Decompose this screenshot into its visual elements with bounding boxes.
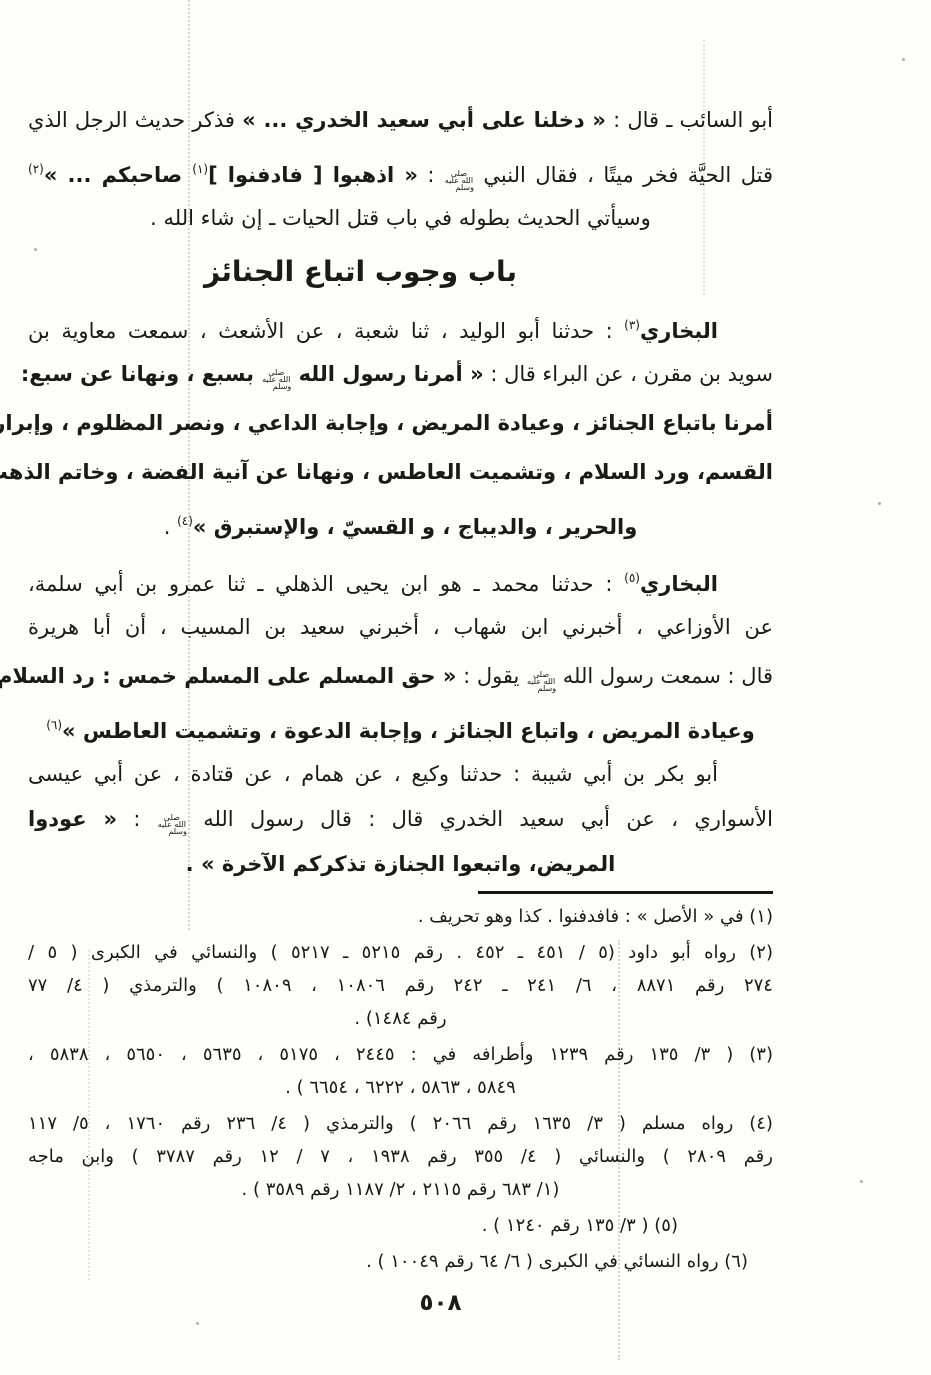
text-line: قتل الحيَّة فخر ميتًا ، فقال النبي صلى ا… — [28, 145, 773, 194]
text-run: ٢٧٤ رقم ٨٨٧١ ، ٦/ ٢٤١ ـ ٢٤٢ رقم ١٠٨٠٦ ، … — [28, 975, 773, 996]
footnote-ref: (٦) — [46, 718, 62, 732]
footnote-1: (١) في « الأصل » : فافدفنوا . كذا وهو تح… — [28, 900, 773, 933]
text-run: (٢) رواه أبو داود (٥ / ٤٥١ ـ ٤٥٢ . رقم ٥… — [28, 942, 773, 963]
text-run: أمرنا باتباع الجنائز ، وعيادة المريض ، و… — [0, 411, 773, 435]
text-line: (٢) رواه أبو داود (٥ / ٤٥١ ـ ٤٥٢ . رقم ٥… — [28, 936, 773, 969]
text-run: أبو بكر بن أبي شيبة : حدثنا وكيع ، عن هم… — [28, 762, 718, 786]
footnote-2: (٢) رواه أبو داود (٥ / ٤٥١ ـ ٤٥٢ . رقم ٥… — [28, 936, 773, 1035]
text-run: (١/ ٦٨٣ رقم ٢١١٥ ، ٢/ ١١٨٧ رقم ٣٥٨٩ ) . — [242, 1179, 560, 1200]
text-run: وعيادة المريض ، واتباع الجنائز ، وإجابة … — [62, 719, 755, 743]
footnote-ref: (٣) — [624, 318, 640, 332]
text-run: : حدثنا محمد ـ هو ابن يحيى الذهلي ـ ثنا … — [28, 572, 624, 596]
text-line: قال : سمعت رسول الله صلى الله عليه وسلم … — [28, 652, 773, 701]
text-line: (٦) رواه النسائي في الكبرى ( ٦/ ٦٤ رقم ١… — [28, 1245, 773, 1278]
footnote-4: (٤) رواه مسلم ( ٣/ ١٦٣٥ رقم ٢٠٦٦ ) والتر… — [28, 1107, 773, 1206]
text-run: ٥٨٤٩ ، ٥٨٦٣ ، ٦٢٢٢ ، ٦٦٥٤ ) . — [285, 1077, 516, 1098]
text-line: وعيادة المريض ، واتباع الجنائز ، وإجابة … — [28, 701, 773, 750]
text-run: (٦) رواه النسائي في الكبرى ( ٦/ ٦٤ رقم ١… — [366, 1251, 748, 1272]
text-run: . — [164, 515, 177, 539]
text-line: (٤) رواه مسلم ( ٣/ ١٦٣٥ رقم ٢٠٦٦ ) والتر… — [28, 1107, 773, 1140]
text-run: البخاري — [640, 319, 718, 343]
text-run: : — [117, 807, 157, 831]
text-line: رقم ٢٨٠٩ ) والنسائي ( ٤/ ٣٥٥ رقم ١٩٣٨ ، … — [28, 1140, 773, 1173]
text-line: البخاري(٥) : حدثنا محمد ـ هو ابن يحيى ال… — [28, 554, 773, 603]
text-run: (٣) ( ٣/ ١٣٥ رقم ١٢٣٩ وأطرافه في : ٢٤٤٥ … — [28, 1044, 773, 1065]
text-run: سويد بن مقرن ، عن البراء قال : — [484, 362, 773, 386]
text-run: عن الأوزاعي ، أخبرني ابن شهاب ، أخبرني س… — [28, 615, 773, 639]
text-run: « أمرنا رسول الله — [291, 362, 483, 386]
text-run: رقم ١٤٨٤) . — [354, 1008, 446, 1029]
pbuh-honorific: صلى الله عليه وسلم — [526, 671, 556, 692]
text-run: الأسواري ، عن أبي سعيد الخدري قال : قال … — [187, 807, 773, 831]
text-line: ٢٧٤ رقم ٨٨٧١ ، ٦/ ٢٤١ ـ ٢٤٢ رقم ١٠٨٠٦ ، … — [28, 969, 773, 1002]
text-run: « اذهبوا [ فادفنوا ] — [208, 163, 418, 187]
pbuh-honorific: صلى الله عليه وسلم — [261, 369, 291, 390]
book-page: أبو السائب ـ قال : « دخلنا على أبي سعيد … — [0, 0, 931, 1375]
scan-artifact — [878, 502, 881, 505]
text-line: والحرير ، والديباج ، و القسيّ ، والإستبر… — [28, 497, 773, 546]
footnote-5: (٥) ( ٣/ ١٣٥ رقم ١٢٤٠ ) . — [28, 1209, 773, 1242]
text-line: (١/ ٦٨٣ رقم ٢١١٥ ، ٢/ ١١٨٧ رقم ٣٥٨٩ ) . — [28, 1173, 773, 1206]
text-line: رقم ١٤٨٤) . — [28, 1002, 773, 1035]
text-run: المريض، واتبعوا الجنازة تذكركم الآخرة » … — [186, 852, 616, 876]
page-number: ٥٠٨ — [0, 1285, 906, 1321]
chapter-heading: باب وجوب اتباع الجنائز — [0, 243, 733, 301]
text-run: البخاري — [640, 572, 718, 596]
text-line: ٥٨٤٩ ، ٥٨٦٣ ، ٦٢٢٢ ، ٦٦٥٤ ) . — [28, 1071, 773, 1104]
text-line: أمرنا باتباع الجنائز ، وعيادة المريض ، و… — [28, 399, 773, 448]
footnote-6: (٦) رواه النسائي في الكبرى ( ٦/ ٦٤ رقم ١… — [28, 1245, 773, 1278]
text-run: فذكر حديث الرجل الذي — [28, 108, 242, 132]
text-run: قال : سمعت رسول الله — [556, 664, 773, 688]
footnote-3: (٣) ( ٣/ ١٣٥ رقم ١٢٣٩ وأطرافه في : ٢٤٤٥ … — [28, 1038, 773, 1104]
paragraph-bukhari-1: البخاري(٣) : حدثنا أبو الوليد ، ثنا شعبة… — [28, 301, 773, 546]
text-run: « حق المسلم على المسلم خمس : رد السلام، — [0, 664, 456, 688]
footnote-ref: (١) — [192, 162, 208, 176]
paragraph-continuation: أبو السائب ـ قال : « دخلنا على أبي سعيد … — [28, 96, 773, 243]
paragraph-ibn-abi-shayba: أبو بكر بن أبي شيبة : حدثنا وكيع ، عن هم… — [28, 752, 773, 887]
text-line: (٣) ( ٣/ ١٣٥ رقم ١٢٣٩ وأطرافه في : ٢٤٤٥ … — [28, 1038, 773, 1071]
text-run: والحرير ، والديباج ، و القسيّ ، والإستبر… — [193, 515, 637, 539]
text-line: أبو السائب ـ قال : « دخلنا على أبي سعيد … — [28, 96, 773, 145]
text-run: القسم، ورد السلام ، وتشميت العاطس ، ونها… — [0, 460, 773, 484]
text-run: رقم ٢٨٠٩ ) والنسائي ( ٤/ ٣٥٥ رقم ١٩٣٨ ، … — [28, 1146, 773, 1167]
pbuh-honorific: صلى الله عليه وسلم — [157, 814, 187, 835]
footnote-ref: (٤) — [177, 514, 193, 528]
text-line: أبو بكر بن أبي شيبة : حدثنا وكيع ، عن هم… — [28, 752, 773, 797]
paragraph-bukhari-2: البخاري(٥) : حدثنا محمد ـ هو ابن يحيى ال… — [28, 554, 773, 750]
scan-artifact — [902, 58, 905, 61]
text-run: يقول : — [456, 664, 526, 688]
text-line: (٥) ( ٣/ ١٣٥ رقم ١٢٤٠ ) . — [28, 1209, 773, 1242]
footnote-ref: (٢) — [28, 162, 44, 176]
text-run: « دخلنا على أبي سعيد الخدري ... » — [242, 108, 606, 132]
pbuh-honorific: صلى الله عليه وسلم — [444, 170, 474, 191]
text-line: البخاري(٣) : حدثنا أبو الوليد ، ثنا شعبة… — [28, 301, 773, 350]
text-line: وسيأتي الحديث بطوله في باب قتل الحيات ـ … — [28, 194, 773, 243]
scan-artifact — [860, 1180, 863, 1183]
text-run: صاحبكم ... » — [44, 163, 192, 187]
text-run: (٤) رواه مسلم ( ٣/ ١٦٣٥ رقم ٢٠٦٦ ) والتر… — [28, 1113, 773, 1134]
text-run: بسبع ، ونهانا عن سبع: — [21, 362, 261, 386]
text-block: أبو السائب ـ قال : « دخلنا على أبي سعيد … — [28, 96, 773, 1281]
text-run: « عودوا — [28, 807, 117, 831]
text-line: المريض، واتبعوا الجنازة تذكركم الآخرة » … — [28, 842, 773, 887]
text-run: (٥) ( ٣/ ١٣٥ رقم ١٢٤٠ ) . — [482, 1215, 678, 1236]
footnote-separator — [478, 891, 773, 894]
footnotes-section: (١) في « الأصل » : فافدفنوا . كذا وهو تح… — [28, 900, 773, 1278]
text-run: (١) في « الأصل » : فافدفنوا . كذا وهو تح… — [418, 906, 773, 927]
text-run: أبو السائب ـ قال : — [606, 108, 773, 132]
scan-artifact — [196, 1322, 199, 1325]
text-run: : — [418, 163, 444, 187]
text-line: القسم، ورد السلام ، وتشميت العاطس ، ونها… — [28, 448, 773, 497]
footnote-ref: (٥) — [624, 571, 640, 585]
text-line: سويد بن مقرن ، عن البراء قال : « أمرنا ر… — [28, 350, 773, 399]
text-run: : حدثنا أبو الوليد ، ثنا شعبة ، عن الأشع… — [28, 319, 624, 343]
text-line: (١) في « الأصل » : فافدفنوا . كذا وهو تح… — [28, 900, 773, 933]
text-run: قتل الحيَّة فخر ميتًا ، فقال النبي — [474, 163, 773, 187]
text-line: الأسواري ، عن أبي سعيد الخدري قال : قال … — [28, 797, 773, 842]
text-run: وسيأتي الحديث بطوله في باب قتل الحيات ـ … — [150, 206, 651, 230]
text-line: عن الأوزاعي ، أخبرني ابن شهاب ، أخبرني س… — [28, 603, 773, 652]
